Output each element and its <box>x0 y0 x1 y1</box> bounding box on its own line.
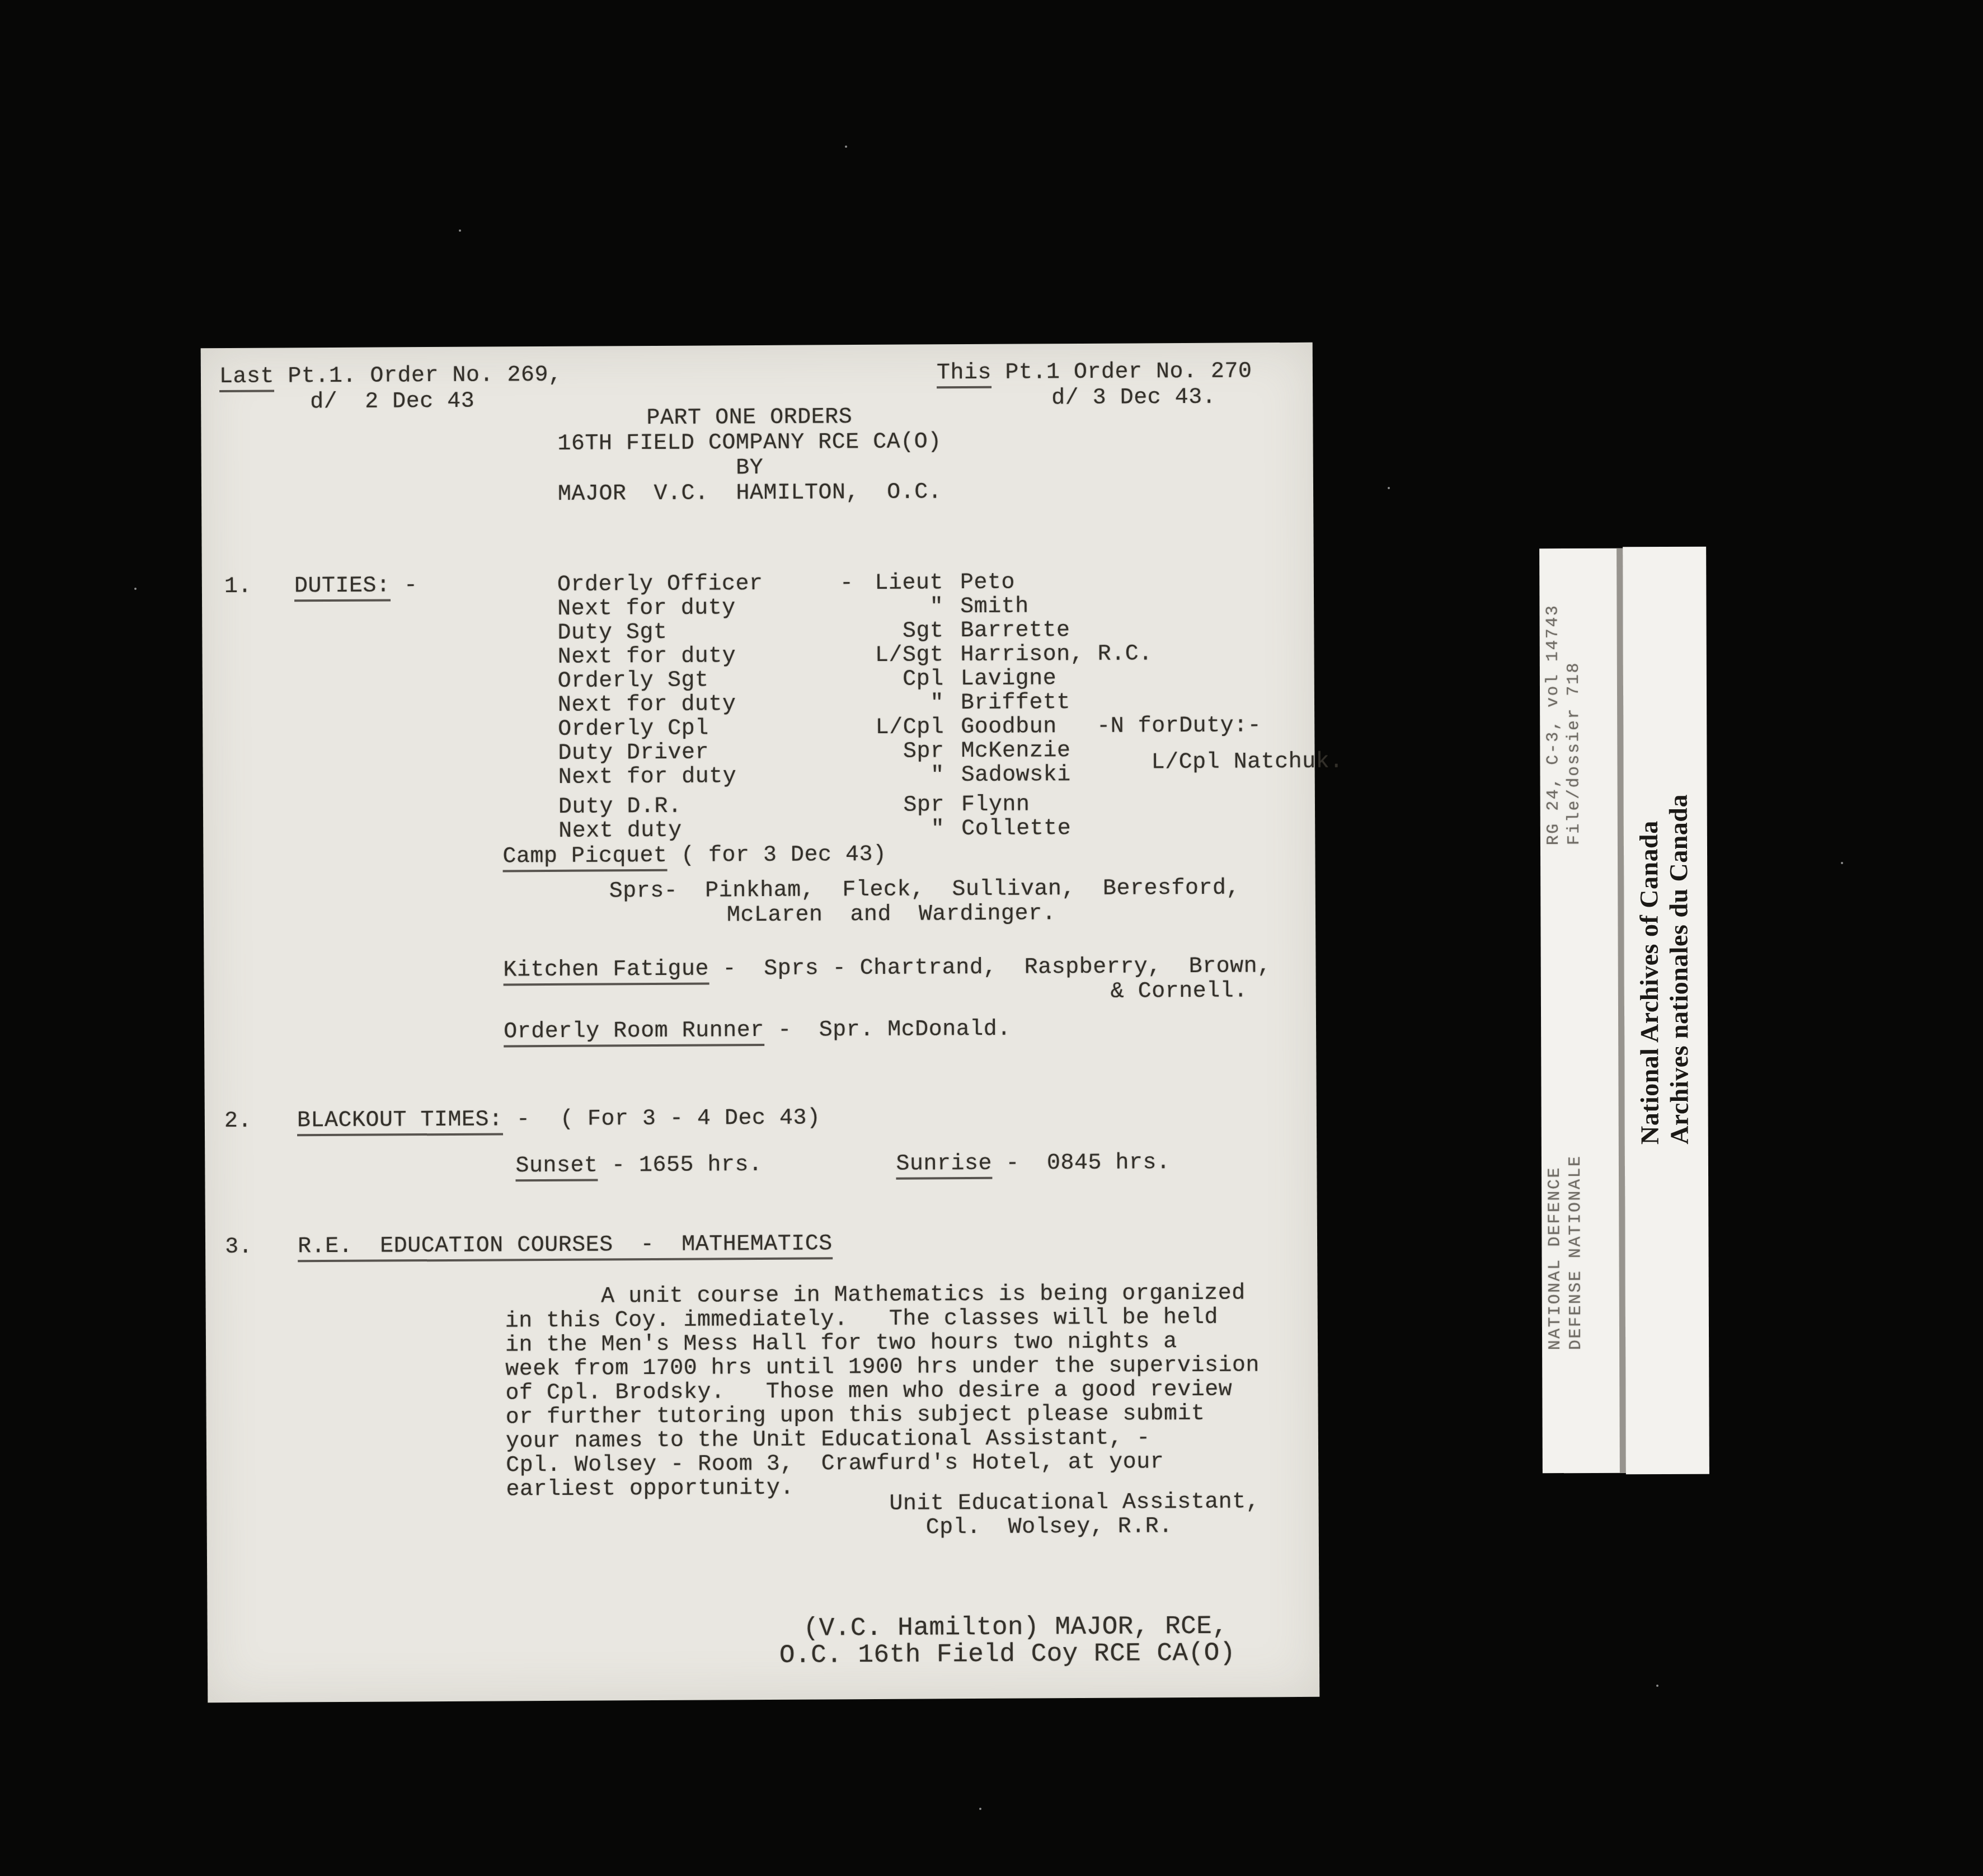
duty-name: McKenzie <box>961 739 1070 763</box>
previous-order-ref: Last Pt.1. Order No. 269, <box>219 363 562 389</box>
duty-row: Orderly CplL/CplGoodbun-N forDuty:- <box>558 714 1308 742</box>
duty-row: Orderly Officer-LieutPeto <box>557 569 1307 597</box>
sunset-time: Sunset - 1655 hrs. <box>515 1153 762 1178</box>
duty-name: Flynn <box>961 792 1030 817</box>
dust-speck <box>459 229 461 232</box>
duty-name: Smith <box>960 594 1029 619</box>
duty-rank: Cpl <box>860 667 944 692</box>
duty-rank: Lieut <box>859 571 943 595</box>
duty-rank: L/Sgt <box>859 643 943 668</box>
national-defence-line2: DEFENSE NATIONALE <box>1566 1155 1587 1350</box>
section3-title: R.E. EDUCATION COURSES - MATHEMATICS <box>298 1232 833 1259</box>
sunset-value: - 1655 hrs. <box>598 1152 762 1179</box>
dust-speck <box>134 588 137 590</box>
duty-row: Next for duty"Smith <box>557 593 1307 621</box>
previous-order-ref-text: Pt.1. Order No. 269, <box>274 363 562 390</box>
national-defence-line1: NATIONAL DEFENCE <box>1545 1155 1566 1350</box>
orderly-room-runner-line: Orderly Room Runner - Spr. McDonald. <box>504 1017 1011 1044</box>
duty-row: Next duty"Collette <box>558 815 1308 843</box>
section2-title-rest: - <box>502 1107 530 1132</box>
duty-row: Duty D.R.SprFlynn <box>558 791 1308 819</box>
section1-title: DUTIES: - <box>294 574 418 598</box>
national-archives-label: National Archives of Canada Archives nat… <box>1634 794 1694 1145</box>
current-order-date: d/ 3 Dec 43. <box>1051 386 1216 411</box>
national-archives-line2: Archives nationales du Canada <box>1664 794 1694 1145</box>
orderly-room-runner-name: - Spr. McDonald. <box>764 1017 1011 1043</box>
camp-picquet-heading: Camp Picquet ( for 3 Dec 43) <box>502 843 886 869</box>
duty-rank: " <box>861 817 944 842</box>
duty-rank: " <box>860 691 944 716</box>
archive-reference-label: RG 24, C-3, vol 14743 File/dossier 718 <box>1543 604 1585 845</box>
sunrise-value: - 0845 hrs. <box>992 1150 1171 1176</box>
duty-row: Orderly SgtCplLavigne <box>558 665 1308 693</box>
duty-row: Duty SgtSgtBarrette <box>557 617 1307 645</box>
section1-number: 1. <box>224 575 252 599</box>
camp-picquet-underline: Camp Picquet <box>502 843 667 873</box>
duty-label: Next for duty <box>557 644 736 669</box>
duty-label: Duty Driver <box>558 740 709 765</box>
previous-order-date: d/ 2 Dec 43 <box>310 390 474 415</box>
camp-picquet-names-line2: McLaren and Wardinger. <box>727 902 1056 927</box>
sunrise-label-underline: Sunrise <box>896 1151 992 1180</box>
scan-background: Last Pt.1. Order No. 269, d/ 2 Dec 43 Th… <box>0 0 1983 1876</box>
blackout-date-range: ( For 3 - 4 Dec 43) <box>560 1106 821 1131</box>
assistant-title: Unit Educational Assistant, <box>889 1490 1260 1516</box>
duty-label: Orderly Officer <box>557 572 763 597</box>
duty-label: Next for duty <box>557 596 736 621</box>
next-for-duty-note: -N forDuty:- <box>1097 714 1261 739</box>
duty-rank: Spr <box>860 739 944 764</box>
current-order-ref: This Pt.1 Order No. 270 <box>937 359 1252 385</box>
camp-picquet-names-line1: Sprs- Pinkham, Fleck, Sullivan, Beresfor… <box>609 876 1240 904</box>
duty-rank: Spr <box>861 793 944 818</box>
kitchen-fatigue-heading: Kitchen Fatigue - Sprs - Chartrand, Rasp… <box>503 954 1271 982</box>
current-order-ref-text: Pt.1 Order No. 270 <box>991 359 1252 385</box>
duty-label: Orderly Cpl <box>558 716 709 741</box>
document-page: Last Pt.1. Order No. 269, d/ 2 Dec 43 Th… <box>201 343 1320 1703</box>
duty-row: Next for dutyL/SgtHarrison, R.C. <box>557 641 1307 669</box>
section2-title-underline: BLACKOUT TIMES: <box>297 1107 503 1136</box>
previous-order-ref-underline: Last <box>219 364 274 393</box>
section1-title-underline: DUTIES: <box>294 573 391 602</box>
kitchen-fatigue-names: - Sprs - Chartrand, Raspberry, Brown, <box>709 954 1271 982</box>
dust-speck <box>845 146 847 148</box>
section3-title-underline: R.E. EDUCATION COURSES - MATHEMATICS <box>298 1231 833 1262</box>
duty-rank: L/Cpl <box>860 715 944 740</box>
camp-picquet-date: ( for 3 Dec 43) <box>667 842 886 869</box>
duty-label: Orderly Sgt <box>558 668 709 693</box>
duty-name: Briffett <box>961 691 1070 715</box>
document-title-line3: BY <box>462 454 1038 481</box>
duty-label: Duty Sgt <box>557 621 667 645</box>
signature-role: O.C. 16th Field Coy RCE CA(O) <box>779 1641 1235 1668</box>
next-for-duty-name: L/Cpl Natchuk. <box>1151 750 1343 775</box>
section1-title-rest: - <box>390 573 417 598</box>
duty-dash: - <box>840 571 854 595</box>
duty-label: Next for duty <box>558 692 736 717</box>
duty-name: Peto <box>960 571 1015 595</box>
education-paragraph: A unit course in Mathematics is being or… <box>505 1281 1260 1502</box>
current-order-ref-underline: This <box>937 360 991 389</box>
duty-name: Barrette <box>960 618 1070 643</box>
duty-label: Next for duty <box>558 765 737 790</box>
duty-rank: " <box>859 595 943 620</box>
archive-reference-line2: File/dossier 718 <box>1563 604 1585 845</box>
dust-speck <box>1388 487 1390 489</box>
duty-rank: Sgt <box>859 619 943 644</box>
kitchen-fatigue-underline: Kitchen Fatigue <box>503 956 709 986</box>
national-archives-line1: National Archives of Canada <box>1634 794 1665 1145</box>
assistant-name: Cpl. Wolsey, R.R. <box>926 1514 1173 1540</box>
section2-number: 2. <box>224 1109 252 1133</box>
dust-speck <box>1656 1685 1658 1687</box>
archive-strip-wide: National Archives of Canada Archives nat… <box>1623 547 1709 1475</box>
dust-speck <box>979 1808 981 1810</box>
archive-strip-narrow: RG 24, C-3, vol 14743 File/dossier 718 N… <box>1539 548 1626 1474</box>
sunset-label-underline: Sunset <box>515 1153 598 1182</box>
duty-label: Duty D.R. <box>558 795 682 819</box>
duty-name: Harrison, R.C. <box>960 642 1152 667</box>
dust-speck <box>1841 862 1843 864</box>
document-title-line2: 16TH FIELD COMPANY RCE CA(O) <box>461 429 1037 456</box>
duty-label: Next duty <box>558 819 682 843</box>
duty-name: Collette <box>961 817 1071 841</box>
orderly-room-runner-underline: Orderly Room Runner <box>504 1018 764 1047</box>
archive-reference-line1: RG 24, C-3, vol 14743 <box>1543 604 1564 846</box>
sunrise-time: Sunrise - 0845 hrs. <box>896 1151 1170 1176</box>
section2-title: BLACKOUT TIMES: - <box>297 1108 530 1133</box>
kitchen-fatigue-names-line2: & Cornell. <box>1111 979 1248 1003</box>
duty-roster: Orderly Officer-LieutPeto Next for duty"… <box>557 569 1309 853</box>
section3-number: 3. <box>225 1235 252 1259</box>
national-defence-label: NATIONAL DEFENCE DEFENSE NATIONALE <box>1545 1155 1587 1350</box>
duty-name: Sadowski <box>961 763 1071 787</box>
signature-name: (V.C. Hamilton) MAJOR, RCE, <box>803 1615 1228 1641</box>
document-title-line1: PART ONE ORDERS <box>461 404 1037 431</box>
duty-name: Goodbun <box>961 715 1057 739</box>
document-title-line4: MAJOR V.C. HAMILTON, O.C. <box>462 480 1038 506</box>
duty-name: Lavigne <box>961 667 1057 691</box>
duty-rank: " <box>861 763 944 788</box>
